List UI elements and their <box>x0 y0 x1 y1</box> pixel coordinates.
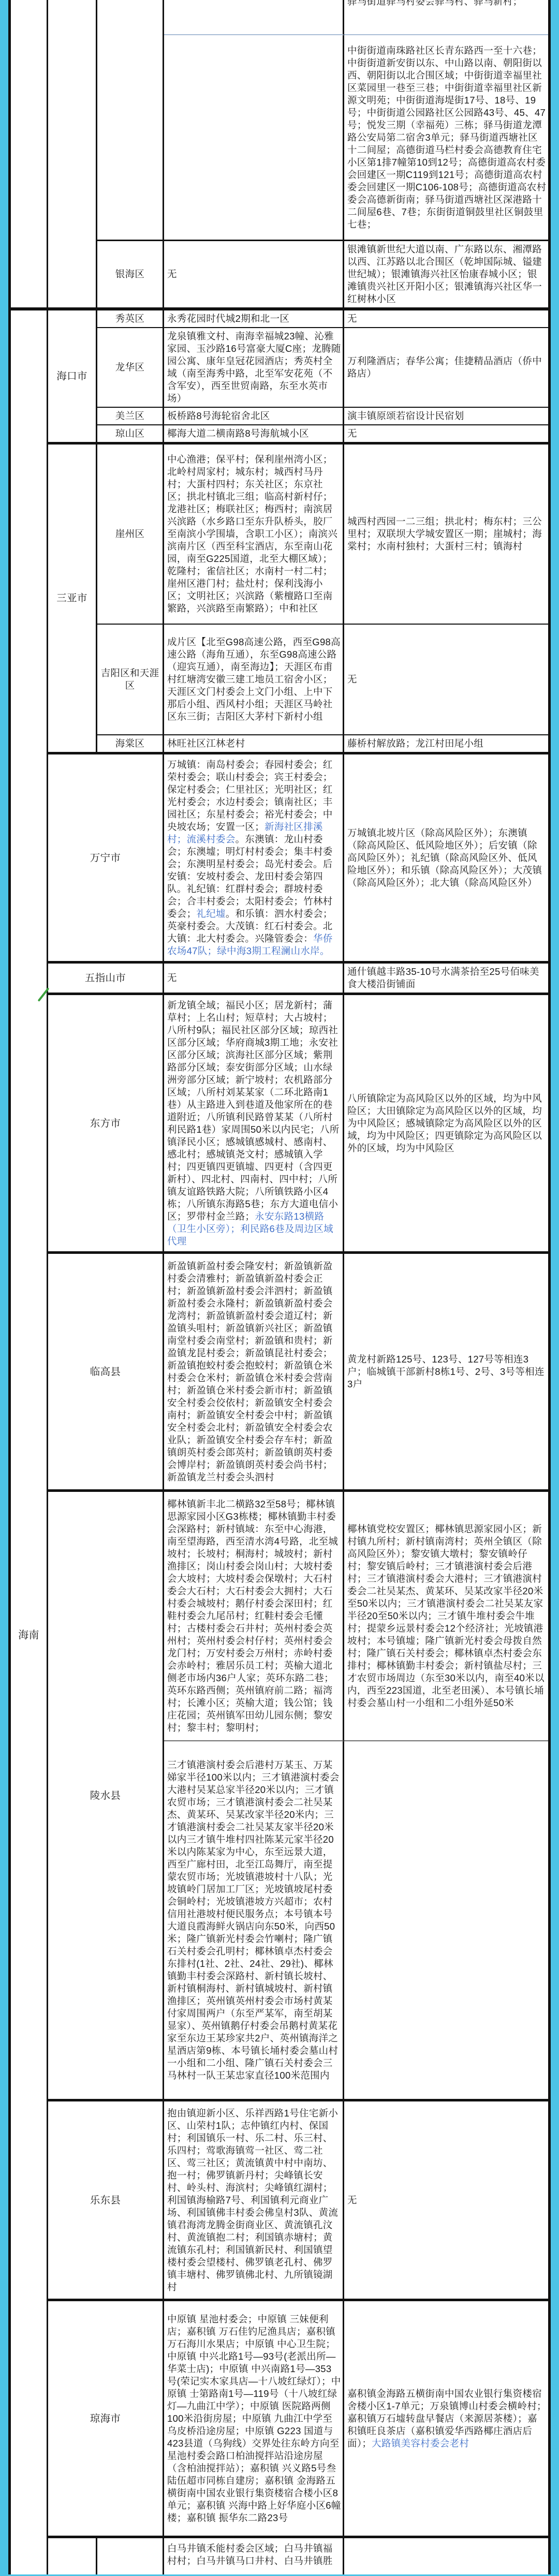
cell-medium-risk: 银滩镇新世纪大道以南、广东路以东、湘潭路以西、江苏路以北合围区（乾坤国际城、镒建… <box>344 241 548 310</box>
high-risk-text: 新盈镇新盈村委会隆安村；新盈镇新盈村委会清雅村；新盈镇新盈村委会正村；新盈镇新盈… <box>164 1258 343 1486</box>
medium-risk-text: 城西村西园一二三组；拱北村；梅东村；三公里村；双联坝大学城安置区一期；崖城村；海… <box>344 513 548 555</box>
medium-risk-text: 驿马街道驿马村委会驿马村、驿马新村； <box>344 0 548 10</box>
high-risk-text: 万城镇：南岛村委会；春园村委会；红荣村委会；联山村委会；宾王村委会；保定村委会；… <box>164 757 343 959</box>
district-label: 海棠区 <box>115 737 144 750</box>
district-label: 琼山区 <box>115 427 144 440</box>
cell-high-risk: 成片区【北至G98高速公路，西至G98高速公路（海角互通），东至G98高速公路（… <box>164 625 344 735</box>
high-risk-text: 中原镇 星池村委会；中原镇 三妹便利店；嘉积镇 万石佳钓尼渔具店；嘉积镇 万石海… <box>164 2311 343 2526</box>
cell-medium-risk: 椰林镇党校安置区；椰林镇思源家园小区；新村镇九所村；新村镇南湾村；英州全镇区（除… <box>344 1492 548 1741</box>
cell-city-wuzhishan: 五指山市 <box>48 964 164 995</box>
high-risk-text: 椰林镇新丰北二横路32至58号；椰林镇思源家园小区G3栋楼；椰林镇勤丰村委会深路… <box>164 1496 343 1736</box>
cell-high-risk: 林旺社区江林老村 <box>164 735 344 754</box>
district-label: 崖州区 <box>115 528 144 540</box>
high-risk-text: 中心渔港；保平村；保利崖州湾小区；北岭村周家村；城东村；城西村马丹村；大蛋村四村… <box>164 451 343 617</box>
cell-district: 吉阳区和天涯区 <box>97 625 164 735</box>
high-risk-text: 白马井镇禾能村委会区域；白马井镇福村村；白马井镇马口井村、白马井镇胜 <box>164 2538 343 2569</box>
high-risk-text: 成片区【北至G98高速公路，西至G98高速公路（海角互通），东至G98高速公路（… <box>164 634 343 725</box>
cell-high-risk: 三才镇港演村委会后港村万某玉、万某娣家半径100米以内；三才镇港演村委会大港村吴… <box>164 1741 344 2101</box>
cell-medium-risk: 嘉积镇金海路五横街南中国农业银行集资楼宿舍楼小区1-7单元；万泉镇博山村委会横岭… <box>344 2301 548 2538</box>
cell-district: 美兰区 <box>97 408 164 425</box>
cell-medium-risk: 藤桥村解放路；龙江村田尾小组 <box>344 735 548 754</box>
cell-city-qionghai: 琼海市 <box>48 2301 164 2538</box>
cell-high-risk: 新龙镇全域；福民小区；居龙新村；蒲草村；上名山村；短草村；大占坡村；八所村9队；… <box>164 995 344 1254</box>
cell-medium-risk: 无 <box>344 2101 548 2301</box>
high-risk-text: 抱由镇迎新小区、乐祥西路1号住宅新小区、山荣村1队；志仲镇红内村、保国村；利国镇… <box>164 2105 343 2296</box>
medium-risk-text: 银滩镇新世纪大道以南、广东路以东、湘潭路以西、江苏路以北合围区（乾坤国际城、镒建… <box>344 241 548 307</box>
medium-risk-text <box>344 1918 548 1922</box>
cell-high-risk: 万城镇：南岛村委会；春园村委会；红荣村委会；联山村委会；宾王村委会；保定村委会；… <box>164 754 344 964</box>
risk-area-table-page: 驿马街道驿马村委会驿马村、驿马新村； 中街街道南珠路社区长青东路西一至十六巷；中… <box>0 0 559 2576</box>
city-label: 琼海市 <box>90 2412 121 2425</box>
cell-medium-risk: 万城镇北坡片区（除高风险区外）；东澳镇（除高风险区、低风险地区外）；后安镇（除高… <box>344 754 548 964</box>
cell-high-risk: 无 <box>164 241 344 310</box>
cell-high-risk: 中心渔港；保平村；保利崖州湾小区；北岭村周家村；城东村；城西村马丹村；大蛋村四村… <box>164 445 344 625</box>
district-label: 美兰区 <box>115 410 144 422</box>
high-risk-text: 无 <box>164 266 343 283</box>
cell-district: 银海区 <box>97 241 164 310</box>
cell-city-previous <box>48 0 97 310</box>
cell-province-hainan: 海南 <box>11 310 48 2574</box>
cell-medium-risk: 演丰镇原颂若宿设计民宿划 <box>344 408 548 425</box>
cell-high-risk: 永秀花园时代城2期和北一区 <box>164 310 344 328</box>
city-label: 万宁市 <box>90 852 121 864</box>
medium-risk-text: 万利隆酒店；春华公寓；佳捷精品酒店（侨中路店） <box>344 353 548 382</box>
cell-city-haikou: 海口市 <box>48 310 97 445</box>
cell-high-risk <box>164 35 344 241</box>
cell-district: 秀英区 <box>97 310 164 328</box>
high-risk-text: 板桥路8号海轮宿舍北区 <box>164 408 343 424</box>
cell-medium-risk <box>344 2538 548 2574</box>
district-label: 吉阳区和天涯区 <box>97 667 163 692</box>
cell-high-risk: 抱由镇迎新小区、乐祥西路1号住宅新小区、山荣村1队；志仲镇红内村、保国村；利国镇… <box>164 2101 344 2301</box>
high-risk-text: 新龙镇全域；福民小区；居龙新村；蒲草村；上名山村；短草村；大占坡村；八所村9队；… <box>164 997 343 1250</box>
medium-risk-text: 椰林镇党校安置区；椰林镇思源家园小区；新村镇九所村；新村镇南湾村；英州全镇区（除… <box>344 1521 548 1711</box>
cell-high-risk: 椰林镇新丰北二横路32至58号；椰林镇思源家园小区G3栋楼；椰林镇勤丰村委会深路… <box>164 1492 344 1741</box>
high-risk-text: 无 <box>164 970 343 986</box>
cell-district: 琼山区 <box>97 425 164 445</box>
city-label: 海口市 <box>56 370 87 382</box>
cell-medium-risk: 八所镇除定为高风险区以外的区域，均为中风险区；大田镇除定为高风险区以外的区域，均… <box>344 995 548 1254</box>
cell-district-next <box>97 2538 164 2574</box>
cell-district-previous <box>97 0 164 241</box>
cell-medium-risk: 黄龙村新路125号、123号、127号等相连3户；临城镇干部新村8栋1号、2号、… <box>344 1254 548 1492</box>
cell-district: 海棠区 <box>97 735 164 754</box>
high-risk-text: 永秀花园时代城2期和北一区 <box>164 310 343 327</box>
medium-risk-text: 中街街道南珠路社区长青东路西一至十六巷；中街街道新安街以东、中山路以南、朝阳街以… <box>344 42 548 233</box>
medium-risk-text: 通什镇越丰路35-10号水满茶拾至25号佰味美食大楼沿街铺面 <box>344 964 548 993</box>
city-label: 五指山市 <box>85 972 126 984</box>
cell-medium-risk: 无 <box>344 625 548 735</box>
city-label: 东方市 <box>90 1117 121 1130</box>
cell-high-risk: 中原镇 星池村委会；中原镇 三妹便利店；嘉积镇 万石佳钓尼渔具店；嘉积镇 万石海… <box>164 2301 344 2538</box>
cell-city-dongfang: 东方市 <box>48 995 164 1254</box>
cell-city-ledong: 乐东县 <box>48 2101 164 2301</box>
cell-medium-risk: 无 <box>344 310 548 328</box>
cell-city-lingshui: 陵水县 <box>48 1492 164 2101</box>
city-label: 临高县 <box>90 1366 121 1378</box>
cell-high-risk: 新盈镇新盈村委会隆安村；新盈镇新盈村委会清雅村；新盈镇新盈村委会正村；新盈镇新盈… <box>164 1254 344 1492</box>
high-risk-text: 林旺社区江林老村 <box>164 735 343 752</box>
cell-district: 崖州区 <box>97 445 164 625</box>
cell-medium-risk <box>344 1741 548 2101</box>
medium-risk-text: 八所镇除定为高风险区以外的区域，均为中风险区；大田镇除定为高风险区以外的区域，均… <box>344 1090 548 1157</box>
medium-risk-text: 无 <box>344 2192 548 2209</box>
cell-high-risk: 无 <box>164 964 344 995</box>
cell-medium-risk: 中街街道南珠路社区长青东路西一至十六巷；中街街道新安街以东、中山路以南、朝阳街以… <box>344 35 548 241</box>
cell-medium-risk: 城西村西园一二三组；拱北村；梅东村；三公里村；双联坝大学城安置区一期；崖城村；海… <box>344 445 548 625</box>
medium-risk-text: 无 <box>344 310 548 327</box>
city-label: 陵水县 <box>90 1789 121 1802</box>
cell-medium-risk: 驿马街道驿马村委会驿马村、驿马新村； <box>344 0 548 35</box>
city-label: 三亚市 <box>56 592 87 604</box>
cell-high-risk: 椰海大道二横南路8号海航城小区 <box>164 425 344 445</box>
cell-medium-risk: 无 <box>344 425 548 445</box>
cell-city-lingao: 临高县 <box>48 1254 164 1492</box>
cell-medium-risk: 万利隆酒店；春华公寓；佳捷精品酒店（侨中路店） <box>344 328 548 408</box>
medium-risk-text: 无 <box>344 671 548 688</box>
district-label: 龙华区 <box>115 361 144 374</box>
risk-area-table: 驿马街道驿马村委会驿马村、驿马新村； 中街街道南珠路社区长青东路西一至十六巷；中… <box>8 0 551 2574</box>
high-risk-text: 三才镇港演村委会后港村万某玉、万某娣家半径100米以内；三才镇港演村委会大港村吴… <box>164 1757 343 2084</box>
cell-city-next <box>48 2538 97 2574</box>
cell-high-risk: 龙泉镇雅文村、南海幸福城23幢、沁雅家园、玉沙路16号富豪大厦C座；龙腾随园公寓… <box>164 328 344 408</box>
medium-risk-text: 演丰镇原颂若宿设计民宿划 <box>344 408 548 424</box>
cell-city-wanning: 万宁市 <box>48 754 164 964</box>
cell-medium-risk: 通什镇越丰路35-10号水满茶拾至25号佰味美食大楼沿街铺面 <box>344 964 548 995</box>
district-label: 秀英区 <box>115 313 144 325</box>
medium-risk-text: 万城镇北坡片区（除高风险区外）；东澳镇（除高风险区、低风险地区外）；后安镇（除高… <box>344 825 548 891</box>
cell-city-sanya: 三亚市 <box>48 445 97 754</box>
cell-high-risk: 板桥路8号海轮宿舍北区 <box>164 408 344 425</box>
medium-risk-text: 藤桥村解放路；龙江村田尾小组 <box>344 735 548 752</box>
high-risk-text: 龙泉镇雅文村、南海幸福城23幢、沁雅家园、玉沙路16号富豪大厦C座；龙腾随园公寓… <box>164 328 343 407</box>
cell-province-previous <box>11 0 48 310</box>
cell-high-risk: 白马井镇禾能村委会区域；白马井镇福村村；白马井镇马口井村、白马井镇胜 <box>164 2538 344 2574</box>
city-label: 乐东县 <box>90 2194 121 2207</box>
district-label: 银海区 <box>115 268 144 280</box>
medium-risk-text: 嘉积镇金海路五横街南中国农业银行集资楼宿舍楼小区1-7单元；万泉镇博山村委会横岭… <box>344 2386 548 2452</box>
medium-risk-text: 黄龙村新路125号、123号、127号等相连3户；临城镇干部新村8栋1号、2号、… <box>344 1351 548 1393</box>
cell-high-risk <box>164 0 344 35</box>
high-risk-text: 椰海大道二横南路8号海航城小区 <box>164 425 343 442</box>
medium-risk-text: 无 <box>344 425 548 442</box>
province-label: 海南 <box>11 310 47 1641</box>
cell-district: 龙华区 <box>97 328 164 408</box>
